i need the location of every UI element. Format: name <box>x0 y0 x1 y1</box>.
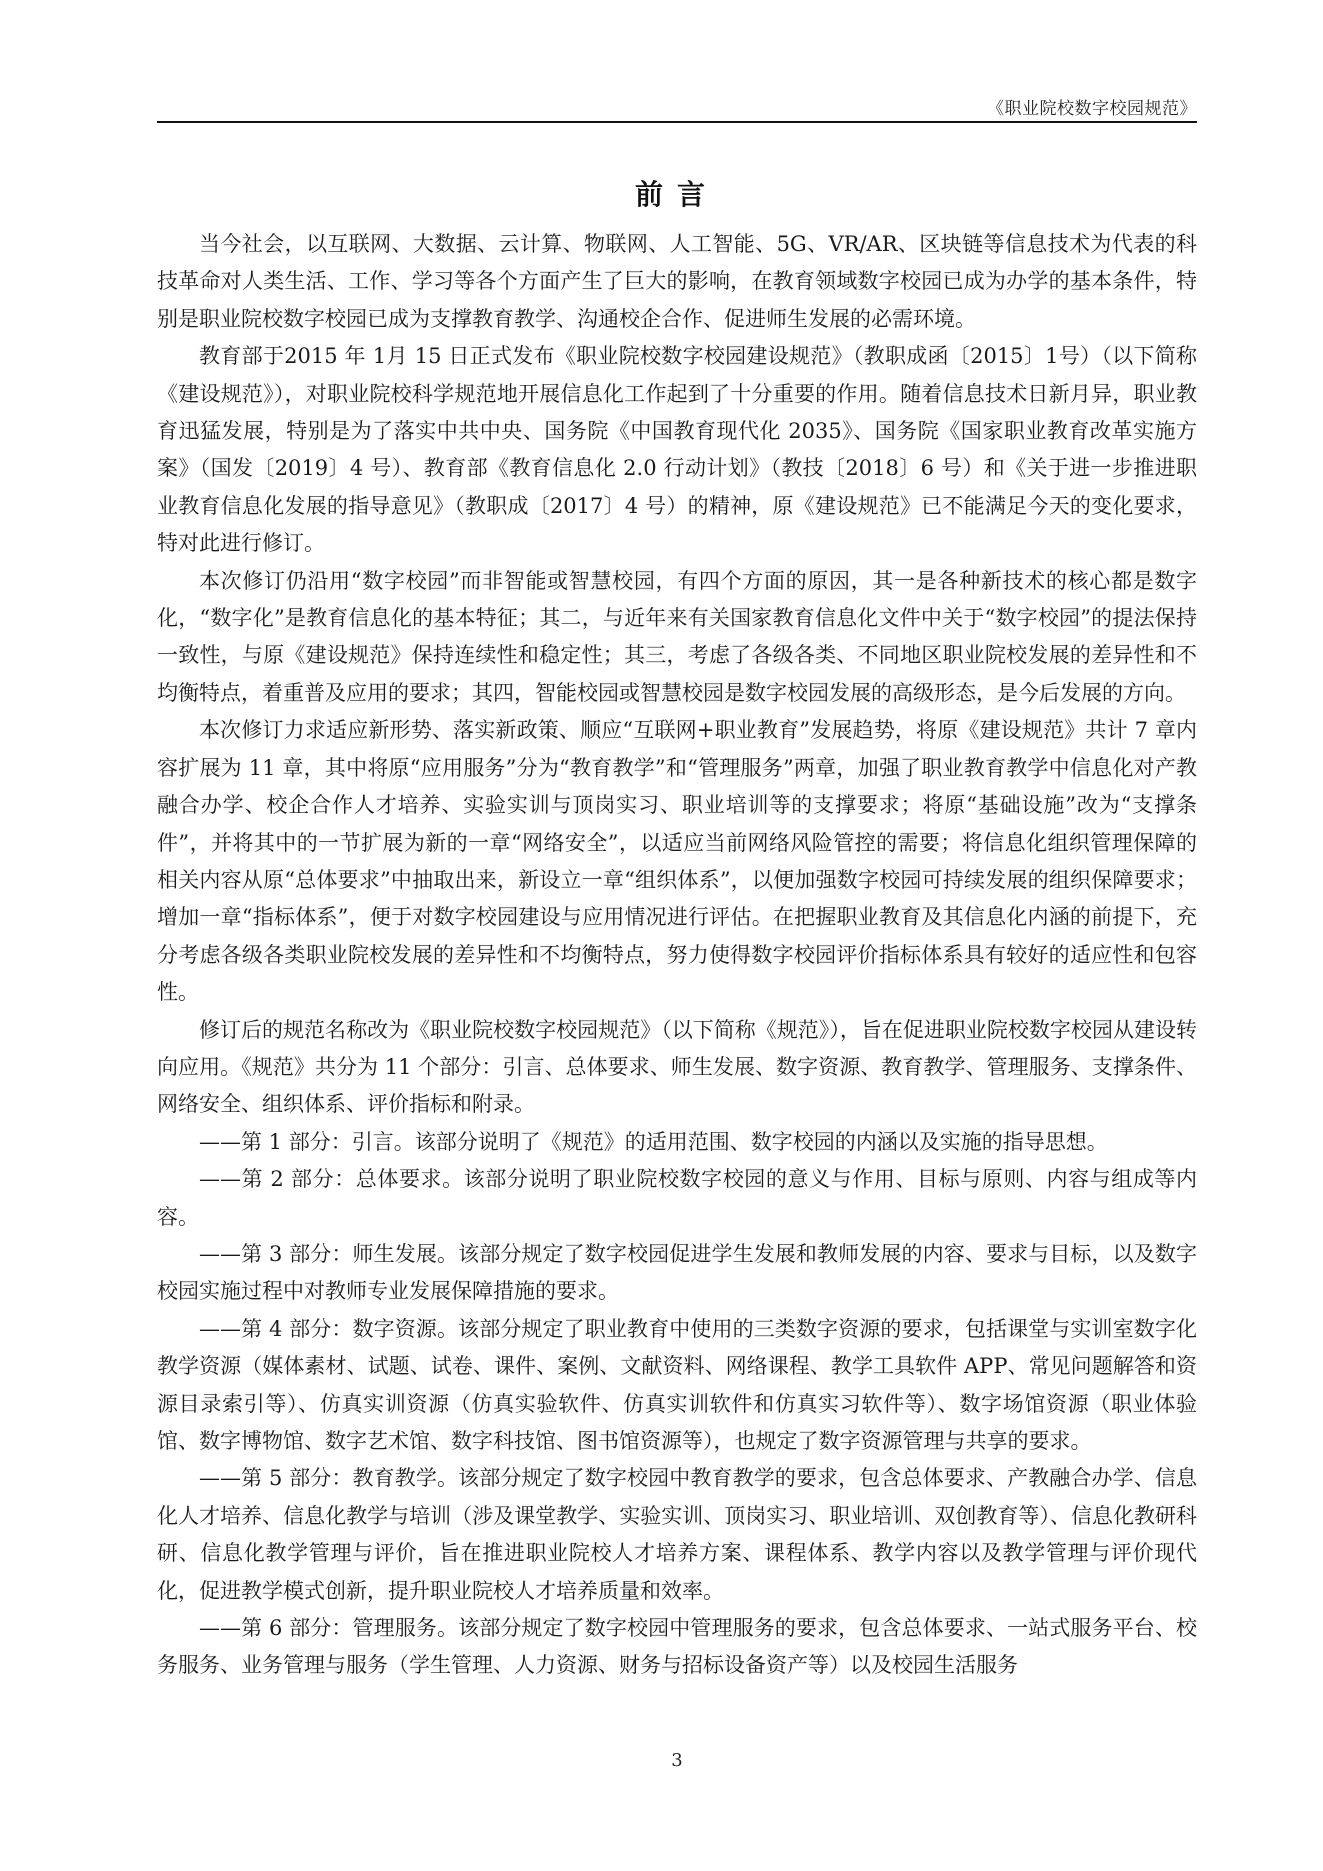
paragraph-part-5: ——第 5 部分：教育教学。该部分规定了数字校园中教育教学的要求，包含总体要求、… <box>157 1460 1197 1610</box>
paragraph-revision-scope: 本次修订力求适应新形势、落实新政策、顺应“互联网+职业教育”发展趋势，将原《建设… <box>157 712 1197 1011</box>
running-header: 《职业院校数字校园规范》 <box>987 94 1197 119</box>
paragraph-part-3: ——第 3 部分：师生发展。该部分规定了数字校园促进学生发展和教师发展的内容、要… <box>157 1236 1197 1311</box>
paragraph-part-1: ——第 1 部分：引言。该部分说明了《规范》的适用范围、数字校园的内涵以及实施的… <box>157 1124 1197 1161</box>
paragraph-background: 教育部于2015 年 1月 15 日正式发布《职业院校数字校园建设规范》（教职成… <box>157 338 1197 562</box>
body-text: 当今社会，以互联网、大数据、云计算、物联网、人工智能、5G、VR/AR、区块链等… <box>157 226 1197 1685</box>
page-number: 3 <box>157 1750 1197 1771</box>
paragraph-part-6: ——第 6 部分：管理服务。该部分规定了数字校园中管理服务的要求，包含总体要求、… <box>157 1610 1197 1685</box>
paragraph-structure-overview: 修订后的规范名称改为《职业院校数字校园规范》（以下简称《规范》），旨在促进职业院… <box>157 1012 1197 1124</box>
paragraph-part-2: ——第 2 部分：总体要求。该部分说明了职业院校数字校园的意义与作用、目标与原则… <box>157 1161 1197 1236</box>
paragraph-part-4: ——第 4 部分：数字资源。该部分规定了职业教育中使用的三类数字资源的要求，包括… <box>157 1311 1197 1461</box>
paragraph-naming-reasons: 本次修订仍沿用“数字校园”而非智能或智慧校园，有四个方面的原因，其一是各种新技术… <box>157 563 1197 713</box>
header-rule <box>157 121 1197 123</box>
paragraph-intro: 当今社会，以互联网、大数据、云计算、物联网、人工智能、5G、VR/AR、区块链等… <box>157 226 1197 338</box>
document-page: 《职业院校数字校园规范》 前言 当今社会，以互联网、大数据、云计算、物联网、人工… <box>157 0 1197 1871</box>
page-title: 前言 <box>157 173 1197 213</box>
